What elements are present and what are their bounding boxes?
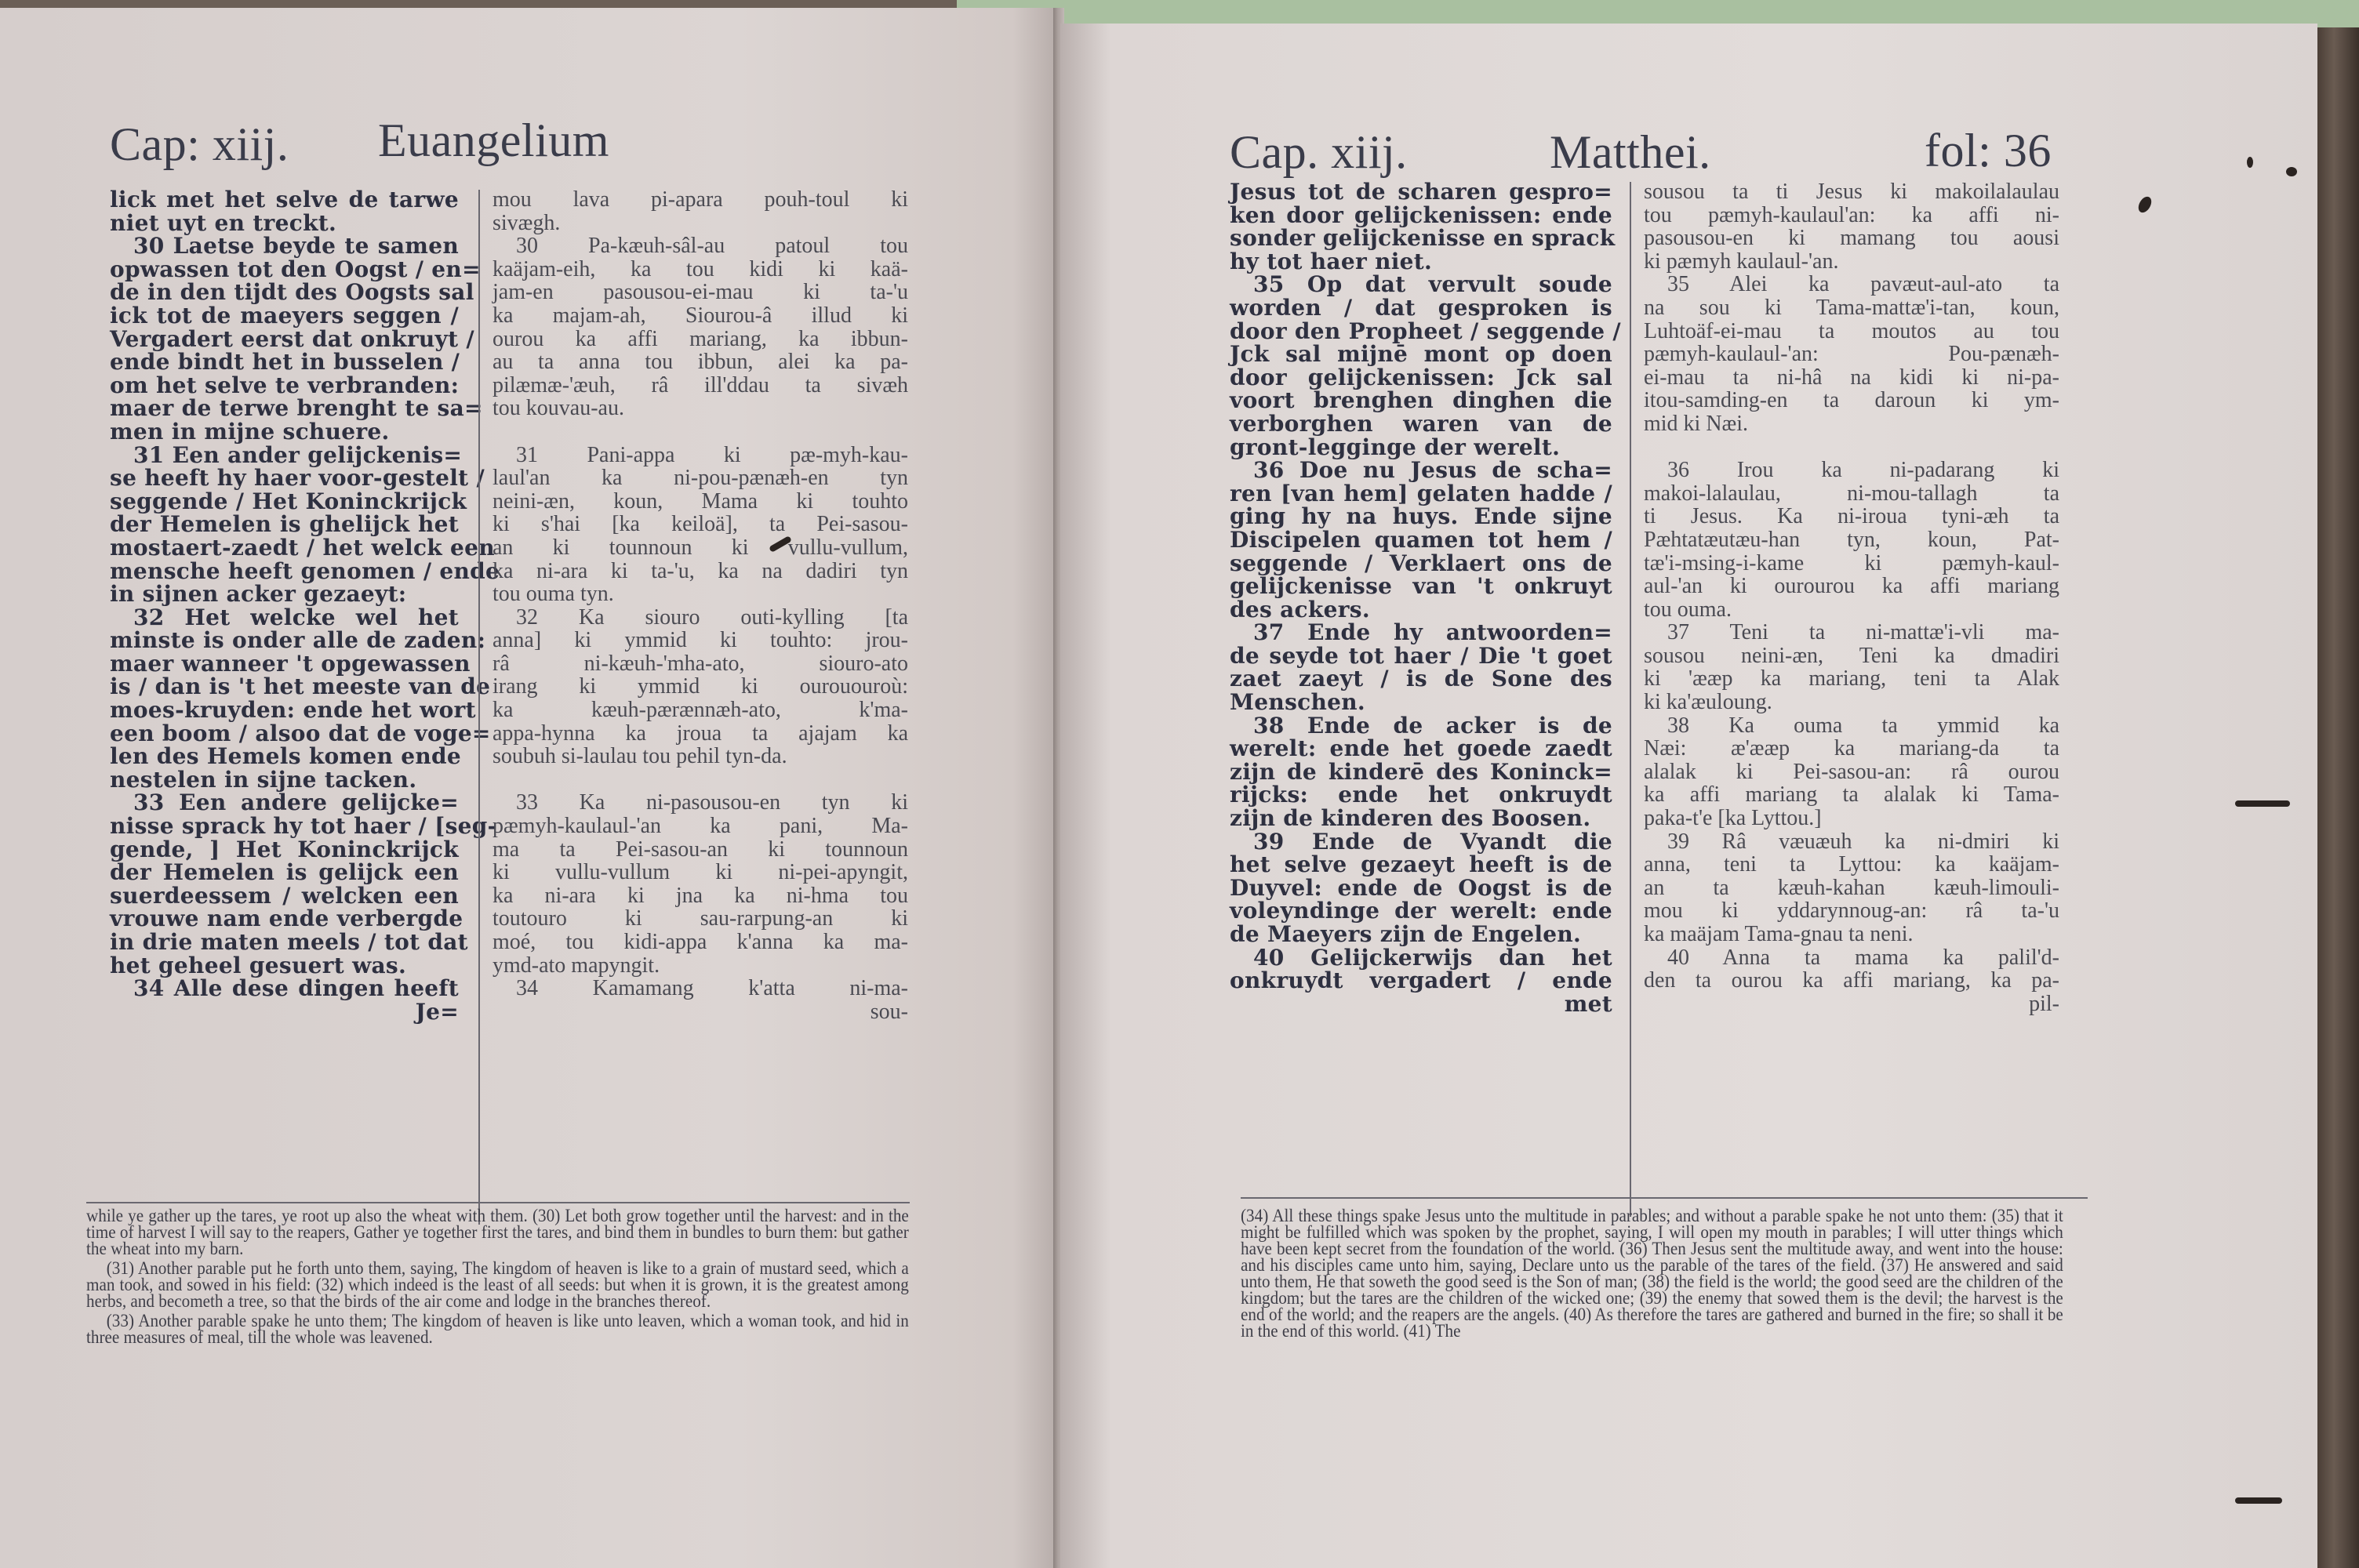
text-line: pil- bbox=[1644, 993, 2059, 1016]
text-line: na sou ki Tama-mattæ'i-tan, koun, bbox=[1644, 296, 2059, 320]
text-line: laul'an ka ni-pou-pænæh-en tyn bbox=[493, 466, 908, 490]
text-line: door gelijckenissen: Jck sal bbox=[1230, 366, 1612, 390]
text-line: jam-en pasousou-ei-mau ki ta-'u bbox=[493, 281, 908, 304]
text-line: mou ki yddarynnoug-an: râ ta-'u bbox=[1644, 899, 2059, 923]
left-book-title: Euangelium bbox=[378, 114, 609, 168]
book-page-edges bbox=[2317, 27, 2359, 1568]
text-line: 38 Ende de acker is de bbox=[1230, 714, 1612, 738]
text-line: mostaert-zaedt / het welck een bbox=[110, 536, 459, 560]
text-line: de Maeyers zijn de Engelen. bbox=[1230, 923, 1612, 946]
text-line: ourou ka affi mariang, ka ibbun- bbox=[493, 328, 908, 351]
text-line: ka ni-ara ki jna ka ni-hma tou bbox=[493, 884, 908, 908]
text-line: tou kouvau-au. bbox=[493, 397, 908, 420]
text-line: verborghen waren van de bbox=[1230, 412, 1612, 436]
text-line: ka ni-ara ki ta-'u, ka na dadiri tyn bbox=[493, 560, 908, 583]
text-line: aul-'an ki ourourou ka affi mariang bbox=[1644, 575, 2059, 598]
text-line: len des Hemels komen ende bbox=[110, 745, 459, 768]
text-line: paka-t'e [ka Lyttou.] bbox=[1644, 807, 2059, 830]
text-line: itou-samding-en ta daroun ki ym- bbox=[1644, 389, 2059, 412]
left-column-divider bbox=[478, 190, 480, 1225]
text-line: 37 Ende hy antwoorden= bbox=[1230, 621, 1612, 644]
text-line: ei-mau ta ni-hâ na kidi ki ni-pa- bbox=[1644, 366, 2059, 390]
text-line: gelijckenisse van 't onkruyt bbox=[1230, 575, 1612, 598]
text-line: ki s'hai [ka keiloä], ta Pei-sasou- bbox=[493, 513, 908, 536]
text-line: met bbox=[1230, 993, 1612, 1016]
text-line: pæmyh-kaulaul-'an ka pani, Ma- bbox=[493, 815, 908, 838]
text-line: soubuh si-laulau tou pehil tyn-da. bbox=[493, 745, 908, 768]
text-line: Jck sal mijnē mont op doen bbox=[1230, 343, 1612, 366]
right-formosan-column: sousou ta ti Jesus ki makoilalaulautou p… bbox=[1644, 180, 2059, 1015]
text-line: worden / dat gesproken is bbox=[1230, 296, 1612, 320]
text-line: 38 Ka ouma ta ymmid ka bbox=[1644, 714, 2059, 738]
left-dutch-column: lick met het selve de tarweniet uyt en t… bbox=[110, 188, 459, 1023]
text-line: hy tot haer niet. bbox=[1230, 250, 1612, 274]
text-line: ende bindt het in busselen / bbox=[110, 350, 459, 374]
text-line: het geheel gesuert was. bbox=[110, 954, 459, 978]
text-line: werelt: ende het goede zaedt bbox=[1230, 737, 1612, 760]
text-line: ki 'ææp ka mariang, teni ta Alak bbox=[1644, 667, 2059, 691]
text-line: der Hemelen is gelijck een bbox=[110, 861, 459, 884]
left-chapter-heading: Cap: xiij. bbox=[110, 118, 289, 172]
text-line: 40 Anna ta mama ka palil'd- bbox=[1644, 946, 2059, 970]
right-chapter-heading: Cap. xiij. bbox=[1230, 125, 1408, 180]
left-page: Cap: xiij. Euangelium lick met het selve… bbox=[0, 8, 1055, 1568]
text-line: pilæmæ-'æuh, râ ill'ddau ta sivæh bbox=[493, 374, 908, 397]
text-line bbox=[493, 768, 908, 792]
text-line: de seyde tot haer / Die 't goet bbox=[1230, 644, 1612, 668]
text-line: 31 Een ander gelijckenis= bbox=[110, 444, 459, 467]
text-line: minste is onder alle de zaden: bbox=[110, 629, 459, 652]
text-line: 40 Gelijckerwijs dan het bbox=[1230, 946, 1612, 970]
text-line: een boom / alsoo dat de voge= bbox=[110, 722, 459, 746]
text-line: appa-hynna ka jroua ta ajajam ka bbox=[493, 722, 908, 746]
footnote-paragraph: while ye gather up the tares, ye root up… bbox=[86, 1207, 909, 1257]
text-line: tæ'i-msing-i-kame ki pæmyh-kaul- bbox=[1644, 552, 2059, 575]
text-line: 33 Een andere gelijcke= bbox=[110, 791, 459, 815]
text-line: tou pæmyh-kaulaul'an: ka affi ni- bbox=[1644, 204, 2059, 227]
text-line: ken door gelijckenissen: ende bbox=[1230, 204, 1612, 227]
text-line: seggende / Het Koninckrijck bbox=[110, 490, 459, 514]
text-line: 35 Op dat vervult soude bbox=[1230, 273, 1612, 296]
text-line: 30 Pa-kæuh-sâl-au patoul tou bbox=[493, 234, 908, 258]
text-line: in drie maten meels / tot dat bbox=[110, 931, 459, 954]
text-line: ka affi mariang ta alalak ki Tama- bbox=[1644, 783, 2059, 807]
text-line: ki pæmyh kaulaul-'an. bbox=[1644, 250, 2059, 274]
text-line: Discipelen quamen tot hem / bbox=[1230, 528, 1612, 552]
text-line: seggende / Verklaert ons de bbox=[1230, 552, 1612, 575]
text-line: ti Jesus. Ka ni-iroua tyni-æh ta bbox=[1644, 505, 2059, 528]
ink-speck bbox=[2235, 1497, 2282, 1504]
text-line: is / dan is 't het meeste van de bbox=[110, 675, 459, 699]
ink-speck bbox=[2235, 800, 2290, 807]
text-line: der Hemelen is ghelijck het bbox=[110, 513, 459, 536]
text-line: Pæhtatæutæu-han tyn, koun, Pat- bbox=[1644, 528, 2059, 552]
text-line: ki ka'æuloung. bbox=[1644, 691, 2059, 714]
left-footnotes: while ye gather up the tares, ye root up… bbox=[86, 1207, 909, 1348]
text-line: 34 Alle dese dingen heeft bbox=[110, 977, 459, 1000]
text-line bbox=[493, 420, 908, 444]
text-line: 30 Laetse beyde te samen bbox=[110, 234, 459, 258]
text-line: au ta anna tou ibbun, alei ka pa- bbox=[493, 350, 908, 374]
text-line: alalak ki Pei-sasou-an: râ ourou bbox=[1644, 760, 2059, 784]
text-line: ka kæuh-pærænnæh-ato, k'ma- bbox=[493, 699, 908, 722]
text-line: 39 Râ væuæuh ka ni-dmiri ki bbox=[1644, 830, 2059, 854]
text-line: Vergadert eerst dat onkruyt / bbox=[110, 328, 459, 351]
text-line: ma ta Pei-sasou-an ki tounnoun bbox=[493, 838, 908, 862]
text-line: Duyvel: ende de Oogst is de bbox=[1230, 877, 1612, 900]
text-line: pasousou-en ki mamang tou aousi bbox=[1644, 227, 2059, 250]
text-line: zijn de kinderē des Koninck= bbox=[1230, 760, 1612, 784]
text-line: se heeft hy haer voor-gestelt / bbox=[110, 466, 459, 490]
text-line: men in mijne schuere. bbox=[110, 420, 459, 444]
text-line: in sijnen acker gezaeyt: bbox=[110, 583, 459, 606]
ink-speck bbox=[2247, 157, 2253, 168]
text-line: om het selve te verbranden: bbox=[110, 374, 459, 397]
footnote-paragraph: (34) All these things spake Jesus unto t… bbox=[1241, 1207, 2063, 1339]
text-line: voort brenghen dinghen die bbox=[1230, 389, 1612, 412]
text-line: mou lava pi-apara pouh-toul ki bbox=[493, 188, 908, 212]
text-line: 35 Alei ka pavæut-aul-ato ta bbox=[1644, 273, 2059, 296]
text-line: kaäjam-eih, ka tou kidi ki kaä- bbox=[493, 258, 908, 281]
text-line: sou- bbox=[493, 1000, 908, 1024]
right-book-title: Matthei. bbox=[1550, 125, 1711, 180]
text-line: 32 Ka siouro outi-kylling [ta bbox=[493, 606, 908, 630]
right-footnotes: (34) All these things spake Jesus unto t… bbox=[1241, 1207, 2063, 1342]
text-line: nestelen in sijne tacken. bbox=[110, 768, 459, 792]
text-line: tou ouma tyn. bbox=[493, 583, 908, 606]
text-line: 36 Irou ka ni-padarang ki bbox=[1644, 459, 2059, 482]
text-line: opwassen tot den Oogst / en= bbox=[110, 258, 459, 281]
text-line: mid ki Næi. bbox=[1644, 412, 2059, 436]
footnote-paragraph: (33) Another parable spake he unto them;… bbox=[86, 1312, 909, 1345]
folio-number: fol: 36 bbox=[1925, 124, 2052, 178]
text-line: 32 Het welcke wel het bbox=[110, 606, 459, 630]
text-line: ick tot de maeyers seggen / bbox=[110, 304, 459, 328]
right-footnote-rule bbox=[1241, 1197, 2088, 1199]
text-line: het selve gezaeyt heeft is de bbox=[1230, 853, 1612, 877]
text-line: vrouwe nam ende verbergde bbox=[110, 907, 459, 931]
text-line: toutouro ki sau-rarpung-an ki bbox=[493, 907, 908, 931]
right-dutch-column: Jesus tot de scharen gespro=ken door gel… bbox=[1230, 180, 1612, 1015]
text-line: neini-æn, koun, Mama ki touhto bbox=[493, 490, 908, 514]
text-line: zaet zaeyt / is de Sone des bbox=[1230, 667, 1612, 691]
text-line: Menschen. bbox=[1230, 691, 1612, 714]
text-line: rijcks: ende het onkruydt bbox=[1230, 783, 1612, 807]
text-line: anna, teni ta Lyttou: ka kaäjam- bbox=[1644, 853, 2059, 877]
text-line: an ki tounnoun ki vullu-vullum, bbox=[493, 536, 908, 560]
text-line: Luhtoäf-ei-mau ta moutos au tou bbox=[1644, 320, 2059, 343]
text-line: nisse sprack hy tot haer / [seg- bbox=[110, 815, 459, 838]
text-line: sousou ta ti Jesus ki makoilalaulau bbox=[1644, 180, 2059, 204]
text-line: moes-kruyden: ende het wort bbox=[110, 699, 459, 722]
text-line: 39 Ende de Vyandt die bbox=[1230, 830, 1612, 854]
text-line: sivægh. bbox=[493, 212, 908, 235]
text-line: gende, ] Het Koninckrijck bbox=[110, 838, 459, 862]
text-line: 36 Doe nu Jesus de scha= bbox=[1230, 459, 1612, 482]
text-line: 31 Pani-appa ki pæ-myh-kau- bbox=[493, 444, 908, 467]
text-line: moé, tou kidi-appa k'anna ka ma- bbox=[493, 931, 908, 954]
text-line: onkruydt vergadert / ende bbox=[1230, 969, 1612, 993]
text-line: door den Propheet / seggende / bbox=[1230, 320, 1612, 343]
text-line: pæmyh-kaulaul-'an: Pou-pænæh- bbox=[1644, 343, 2059, 366]
text-line: voleyndinge der werelt: ende bbox=[1230, 899, 1612, 923]
text-line: anna] ki ymmid ki touhto: jrou- bbox=[493, 629, 908, 652]
text-line: lick met het selve de tarwe bbox=[110, 188, 459, 212]
text-line bbox=[1644, 436, 2059, 459]
text-line: an ta kæuh-kahan kæuh-limouli- bbox=[1644, 877, 2059, 900]
right-column-divider bbox=[1630, 182, 1631, 1217]
text-line: maer de terwe brenght te sa= bbox=[110, 397, 459, 420]
text-line: irang ki ymmid ki ourououroù: bbox=[493, 675, 908, 699]
text-line: zijn de kinderen des Boosen. bbox=[1230, 807, 1612, 830]
text-line: Næi: æ'ææp ka mariang-da ta bbox=[1644, 737, 2059, 760]
text-line: râ ni-kæuh-'mha-ato, siouro-ato bbox=[493, 652, 908, 676]
footnote-paragraph: (31) Another parable put he forth unto t… bbox=[86, 1260, 909, 1309]
text-line: sonder gelijckenisse en sprack bbox=[1230, 227, 1612, 250]
text-line: ren [van hem] gelaten hadde / bbox=[1230, 482, 1612, 506]
text-line: niet uyt en treckt. bbox=[110, 212, 459, 235]
text-line: Je= bbox=[110, 1000, 459, 1024]
text-line: ymd-ato mapyngit. bbox=[493, 954, 908, 978]
text-line: ki vullu-vullum ki ni-pei-apyngit, bbox=[493, 861, 908, 884]
right-page: Cap. xiij. Matthei. fol: 36 Jesus tot de… bbox=[1060, 24, 2317, 1568]
left-formosan-column: mou lava pi-apara pouh-toul kisivægh.30 … bbox=[493, 188, 908, 1023]
text-line: ka majam-ah, Siourou-â illud ki bbox=[493, 304, 908, 328]
ink-speck bbox=[2286, 167, 2297, 176]
text-line: des ackers. bbox=[1230, 598, 1612, 622]
text-line: 37 Teni ta ni-mattæ'i-vli ma- bbox=[1644, 621, 2059, 644]
text-line: mensche heeft genomen / ende bbox=[110, 560, 459, 583]
text-line: 33 Ka ni-pasousou-en tyn ki bbox=[493, 791, 908, 815]
text-line: tou ouma. bbox=[1644, 598, 2059, 622]
text-line: maer wanneer 't opgewassen bbox=[110, 652, 459, 676]
text-line: makoi-lalaulau, ni-mou-tallagh ta bbox=[1644, 482, 2059, 506]
text-line: de in den tijdt des Oogsts sal bbox=[110, 281, 459, 304]
text-line: suerdeessem / welcken een bbox=[110, 884, 459, 908]
text-line: sousou neini-æn, Teni ka dmadiri bbox=[1644, 644, 2059, 668]
text-line: den ta ourou ka affi mariang, ka pa- bbox=[1644, 969, 2059, 993]
text-line: ka maäjam Tama-gnau ta neni. bbox=[1644, 923, 2059, 946]
text-line: Jesus tot de scharen gespro= bbox=[1230, 180, 1612, 204]
text-line: ging hy na huys. Ende sijne bbox=[1230, 505, 1612, 528]
left-footnote-rule bbox=[86, 1202, 910, 1203]
text-line: gront-legginge der werelt. bbox=[1230, 436, 1612, 459]
text-line: 34 Kamamang k'atta ni-ma- bbox=[493, 977, 908, 1000]
